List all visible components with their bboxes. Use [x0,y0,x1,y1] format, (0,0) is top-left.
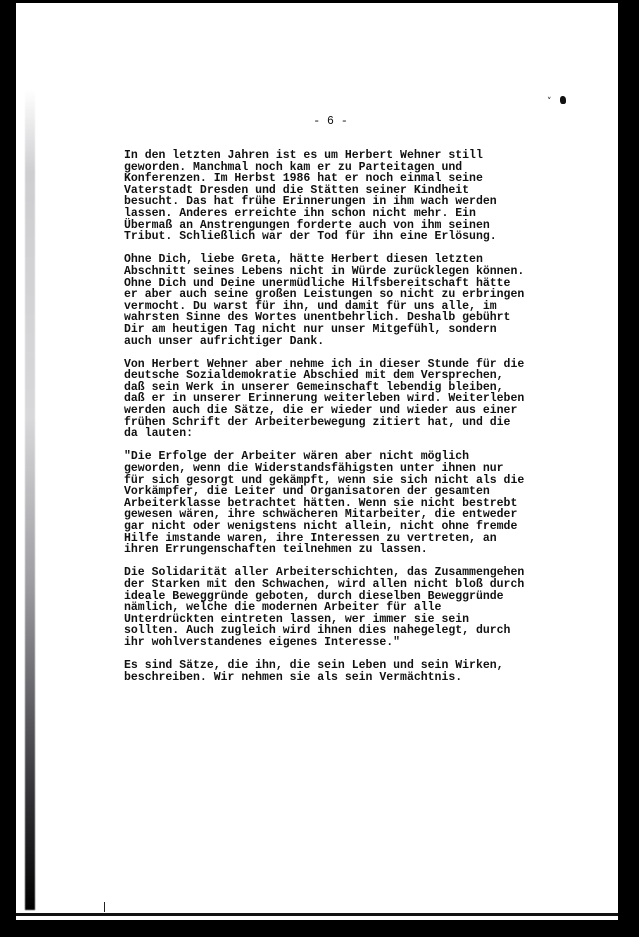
ink-blot-mark [560,96,566,104]
text-line: Tribut. Schließlich war der Tod für ihn … [124,231,594,243]
page-bottom-edge [16,913,618,916]
text-line: In den letzten Jahren ist es um Herbert … [124,150,594,162]
scan-edge-artifact [25,90,35,910]
text-line: Abschnitt seines Lebens nicht in Würde z… [124,266,594,278]
text-line: frühen Schrift der Arbeiterbewegung ziti… [124,417,594,429]
text-line: ihren Errungenschaften teilnehmen zu las… [124,544,594,556]
text-line: Dir am heutigen Tag nicht nur unser Mitg… [124,324,594,336]
page-number: - 6 - [0,115,639,128]
text-line: Es sind Sätze, die ihn, die sein Leben u… [124,660,594,672]
text-line: auch unser aufrichtiger Dank. [124,336,594,348]
text-line: er aber auch seine großen Leistungen so … [124,289,594,301]
text-line: gar nicht oder wenigstens nicht allein, … [124,521,594,533]
paragraph: Von Herbert Wehner aber nehme ich in die… [124,359,594,440]
text-line: da lauten: [124,428,594,440]
paragraph: Es sind Sätze, die ihn, die sein Leben u… [124,660,594,683]
text-line: nämlich, welche die modernen Arbeiter fü… [124,602,594,614]
text-line: beschreiben. Wir nehmen sie als sein Ver… [124,672,594,684]
paragraph: In den letzten Jahren ist es um Herbert … [124,150,594,243]
document-body: In den letzten Jahren ist es um Herbert … [124,150,594,695]
text-line: geworden, wenn die Widerstandsfähigsten … [124,463,594,475]
quote-paragraph: Die Solidarität aller Arbeiterschichten,… [124,567,594,648]
paragraph: Ohne Dich, liebe Greta, hätte Herbert di… [124,254,594,347]
text-line: werden auch die Sätze, die er wieder und… [124,405,594,417]
text-line: lassen. Anderes erreichte ihn schon nich… [124,208,594,220]
quote-paragraph: "Die Erfolge der Arbeiter wären aber nic… [124,451,594,555]
scan-tick-mark [104,902,105,912]
text-line: der Starken mit den Schwachen, wird alle… [124,579,594,591]
handwritten-mark: ˅ [547,97,552,107]
text-line: ihr wohlverstandenes eigenes Interesse." [124,637,594,649]
